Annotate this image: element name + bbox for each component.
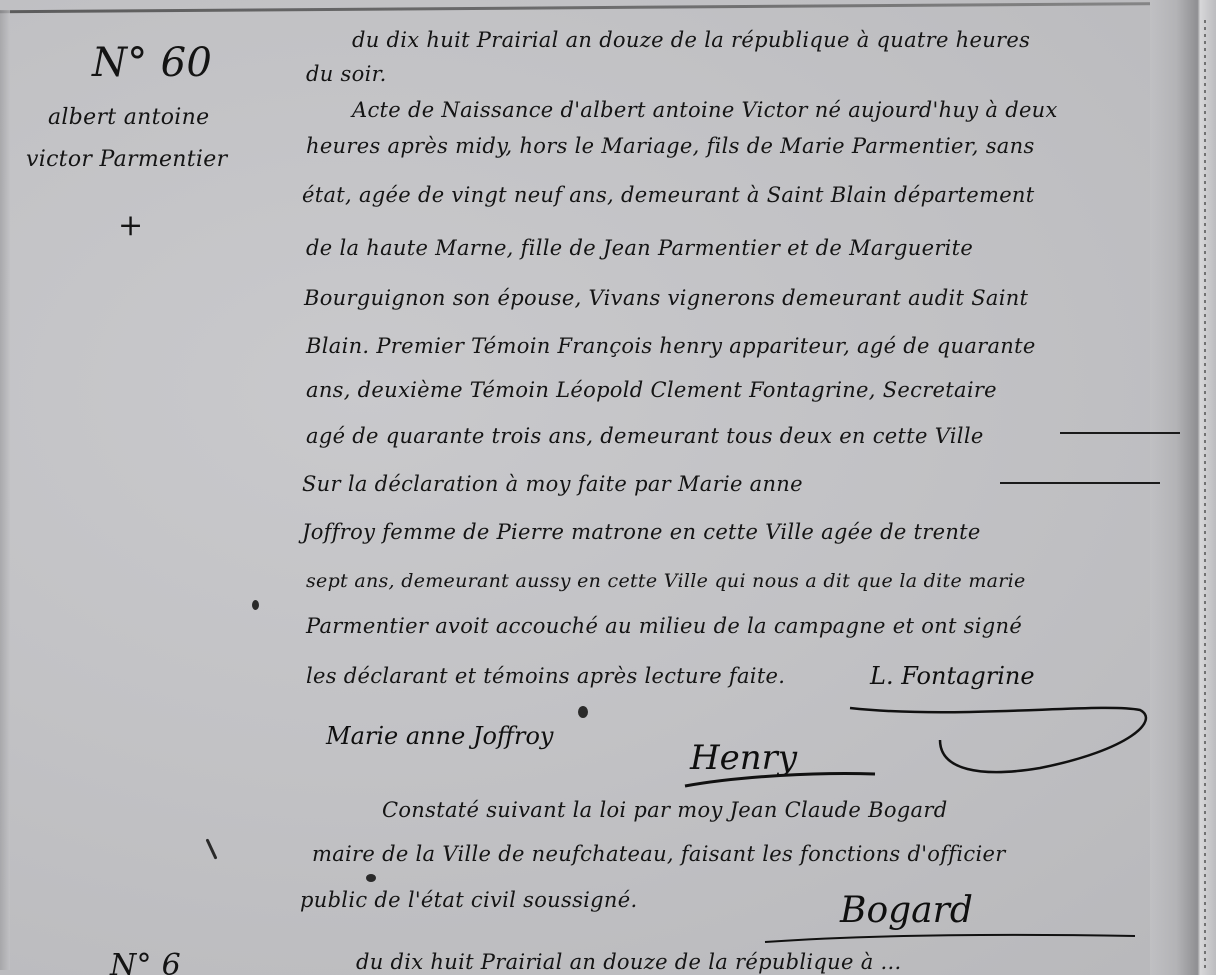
body-line: Acte de Naissance d'albert antoine Victo… <box>352 98 1058 122</box>
margin-name-line-2: victor Parmentier <box>26 147 227 172</box>
page-left-fold <box>0 10 10 970</box>
next-entry-line: du dix huit Prairial an douze de la répu… <box>356 950 901 974</box>
body-line: les déclarant et témoins après lecture f… <box>306 664 785 688</box>
body-line: sept ans, demeurant aussy en cette Ville… <box>306 570 1026 592</box>
signature-declarant: Marie anne Joffroy <box>326 722 553 750</box>
body-line: Bourguignon son épouse, Vivans vignerons… <box>304 286 1028 310</box>
ink-streak <box>205 838 217 859</box>
body-line: Parmentier avoit accouché au milieu de l… <box>306 614 1022 638</box>
ink-spot <box>578 706 588 718</box>
closing-line: Constaté suivant la loi par moy Jean Cla… <box>382 798 947 822</box>
margin-name-line-1: albert antoine <box>48 105 209 130</box>
body-line: du soir. <box>306 62 387 86</box>
signature-flourish <box>840 680 1150 790</box>
line-fill-rule <box>1000 482 1160 484</box>
page-top-edge <box>0 2 1216 13</box>
record-number: N° 60 <box>92 40 212 86</box>
closing-line: public de l'état civil soussigné. <box>300 888 637 912</box>
body-line: Sur la déclaration à moy faite par Marie… <box>302 472 803 496</box>
ink-spot <box>366 874 376 882</box>
body-line: état, agée de vingt neuf ans, demeurant … <box>302 183 1035 207</box>
margin-cross-mark: + <box>118 208 143 243</box>
next-record-number: N° 6 <box>110 948 181 975</box>
body-line: de la haute Marne, fille de Jean Parment… <box>306 236 973 260</box>
signature-underline <box>680 768 880 798</box>
body-line: heures après midy, hors le Mariage, fils… <box>306 134 1035 158</box>
signature-mayor: Bogard <box>840 890 973 931</box>
body-line: agé de quarante trois ans, demeurant tou… <box>306 424 984 448</box>
body-line: du dix huit Prairial an douze de la répu… <box>352 28 1030 52</box>
body-line: ans, deuxième Témoin Léopold Clement Fon… <box>306 378 997 402</box>
closing-line: maire de la Ville de neufchateau, faisan… <box>312 842 1006 866</box>
book-binding <box>1150 0 1216 975</box>
body-line: Joffroy femme de Pierre matrone en cette… <box>302 520 981 544</box>
mayor-signature-rule <box>760 928 1140 948</box>
binding-stitching <box>1204 20 1206 970</box>
body-line: Blain. Premier Témoin François henry app… <box>306 334 1036 358</box>
ink-spot <box>252 600 259 610</box>
document-page: N° 60 albert antoine victor Parmentier +… <box>0 0 1216 975</box>
line-fill-rule <box>1060 432 1180 434</box>
